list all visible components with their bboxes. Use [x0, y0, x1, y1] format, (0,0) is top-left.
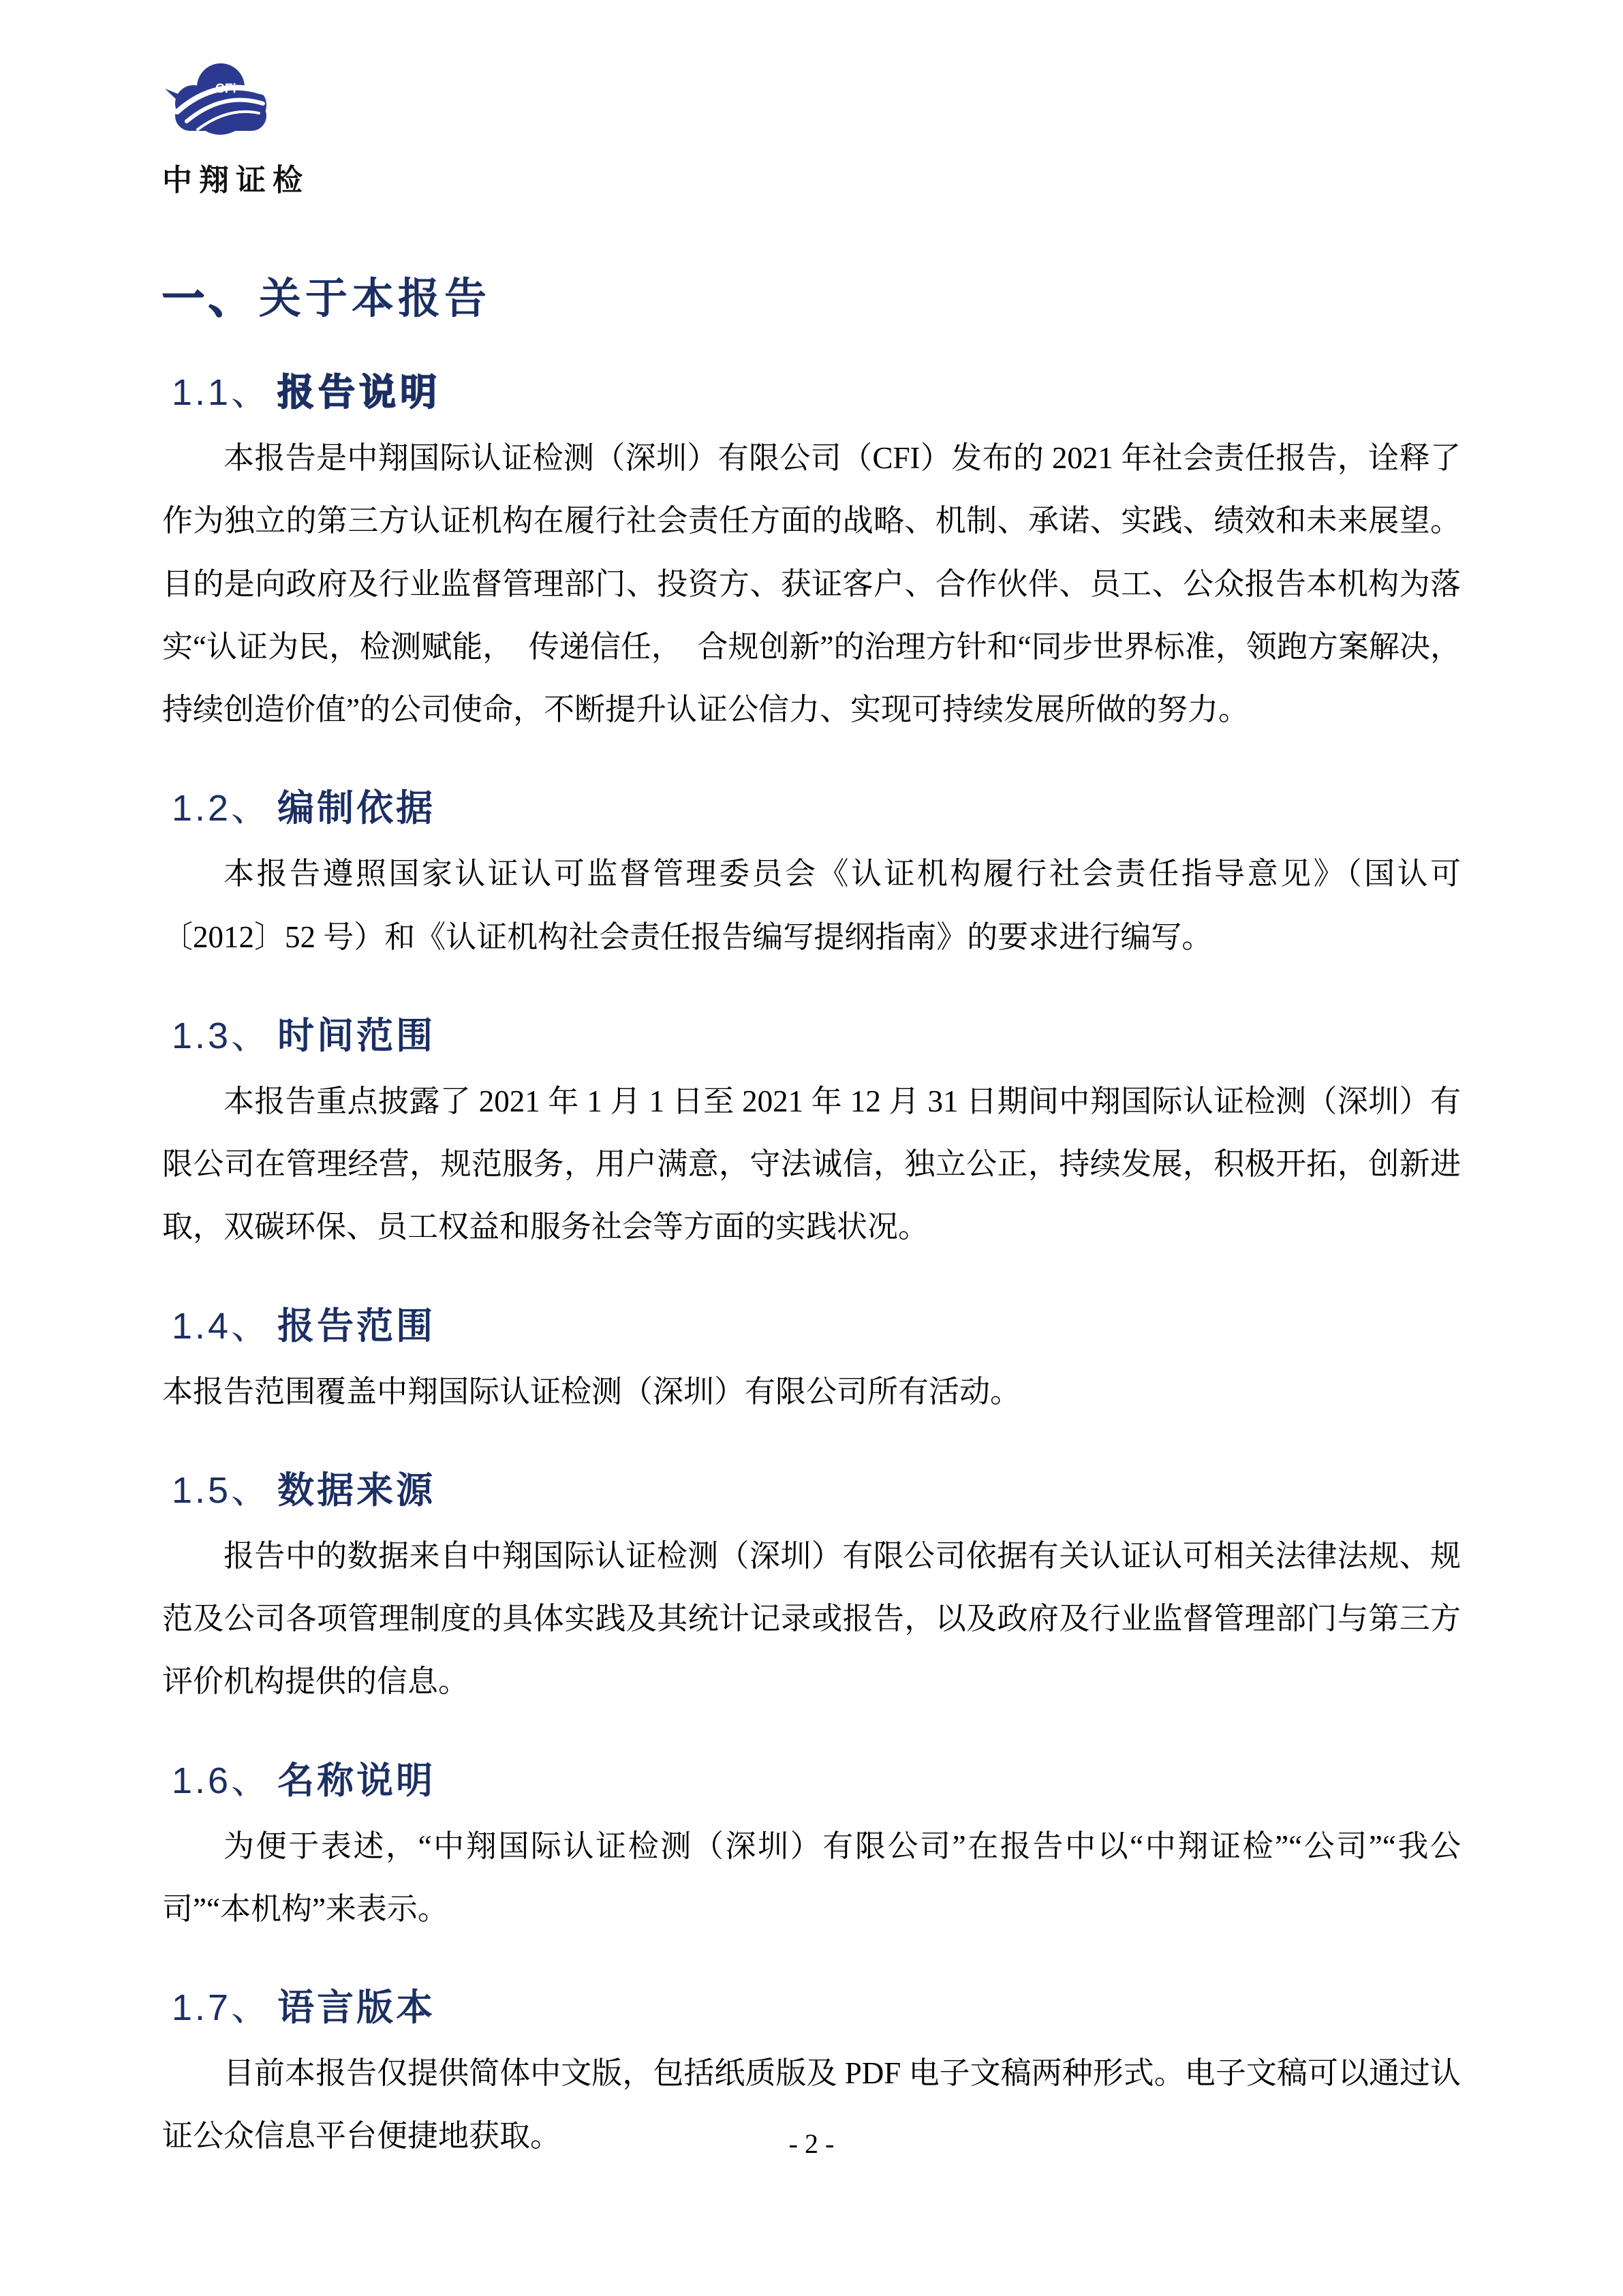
page-number: - 2 - — [0, 2128, 1623, 2160]
section-1-6: 1.6、名称说明 为便于表述，“中翔国际认证检测（深圳）有限公司”在报告中以“中… — [162, 1751, 1461, 1941]
section-title: 时间范围 — [277, 1015, 435, 1056]
section-heading: 1.7、语言版本 — [172, 1978, 1461, 2031]
section-number: 1.6、 — [172, 1760, 270, 1801]
chapter-title: 一、关于本报告 — [162, 264, 1461, 325]
section-heading: 1.1、报告说明 — [172, 363, 1461, 416]
report-page: CFi 中翔证检 一、关于本报告 1.1、报告说明 本报告是中翔国际认证检测（深… — [0, 0, 1623, 2296]
section-paragraph: 本报告重点披露了 2021 年 1 月 1 日至 2021 年 12 月 31 … — [162, 1070, 1461, 1259]
section-number: 1.3、 — [172, 1015, 270, 1056]
section-title: 报告范围 — [277, 1306, 435, 1347]
section-number: 1.7、 — [172, 1987, 270, 2028]
section-number: 1.1、 — [172, 372, 270, 413]
section-title: 编制依据 — [277, 788, 435, 829]
section-paragraph: 为便于表述，“中翔国际认证检测（深圳）有限公司”在报告中以“中翔证检”“公司”“… — [162, 1815, 1461, 1941]
section-1-1: 1.1、报告说明 本报告是中翔国际认证检测（深圳）有限公司（CFI）发布的 20… — [162, 363, 1461, 741]
section-heading: 1.2、编制依据 — [172, 779, 1461, 831]
section-heading: 1.6、名称说明 — [172, 1751, 1461, 1804]
section-paragraph: 报告中的数据来自中翔国际认证检测（深圳）有限公司依据有关认证认可相关法律法规、规… — [162, 1525, 1461, 1713]
cfi-cloud-wing-icon: CFi — [162, 53, 278, 149]
section-title: 语言版本 — [277, 1987, 435, 2028]
logo-badge-text: CFi — [215, 82, 236, 96]
section-1-3: 1.3、时间范围 本报告重点披露了 2021 年 1 月 1 日至 2021 年… — [162, 1007, 1461, 1259]
section-1-2: 1.2、编制依据 本报告遵照国家认证认可监督管理委员会《认证机构履行社会责任指导… — [162, 779, 1461, 968]
section-paragraph: 本报告范围覆盖中翔国际认证检测（深圳）有限公司所有活动。 — [162, 1360, 1461, 1423]
section-number: 1.4、 — [172, 1306, 270, 1347]
chapter-number: 一、 — [162, 275, 255, 322]
section-title: 数据来源 — [277, 1470, 435, 1511]
section-heading: 1.4、报告范围 — [172, 1297, 1461, 1349]
section-title: 名称说明 — [277, 1760, 435, 1801]
section-number: 1.2、 — [172, 788, 270, 829]
logo-company-name: 中翔证检 — [162, 155, 285, 199]
section-heading: 1.5、数据来源 — [172, 1461, 1461, 1514]
section-number: 1.5、 — [172, 1470, 270, 1511]
section-paragraph: 本报告是中翔国际认证检测（深圳）有限公司（CFI）发布的 2021 年社会责任报… — [162, 427, 1461, 741]
section-paragraph: 本报告遵照国家认证认可监督管理委员会《认证机构履行社会责任指导意见》（国认可〔2… — [162, 842, 1461, 968]
chapter-title-text: 关于本报告 — [259, 275, 491, 322]
section-heading: 1.3、时间范围 — [172, 1007, 1461, 1059]
section-1-5: 1.5、数据来源 报告中的数据来自中翔国际认证检测（深圳）有限公司依据有关认证认… — [162, 1461, 1461, 1713]
company-logo: CFi 中翔证检 — [162, 53, 285, 199]
section-1-4: 1.4、报告范围 本报告范围覆盖中翔国际认证检测（深圳）有限公司所有活动。 — [162, 1297, 1461, 1423]
section-title: 报告说明 — [277, 372, 441, 413]
